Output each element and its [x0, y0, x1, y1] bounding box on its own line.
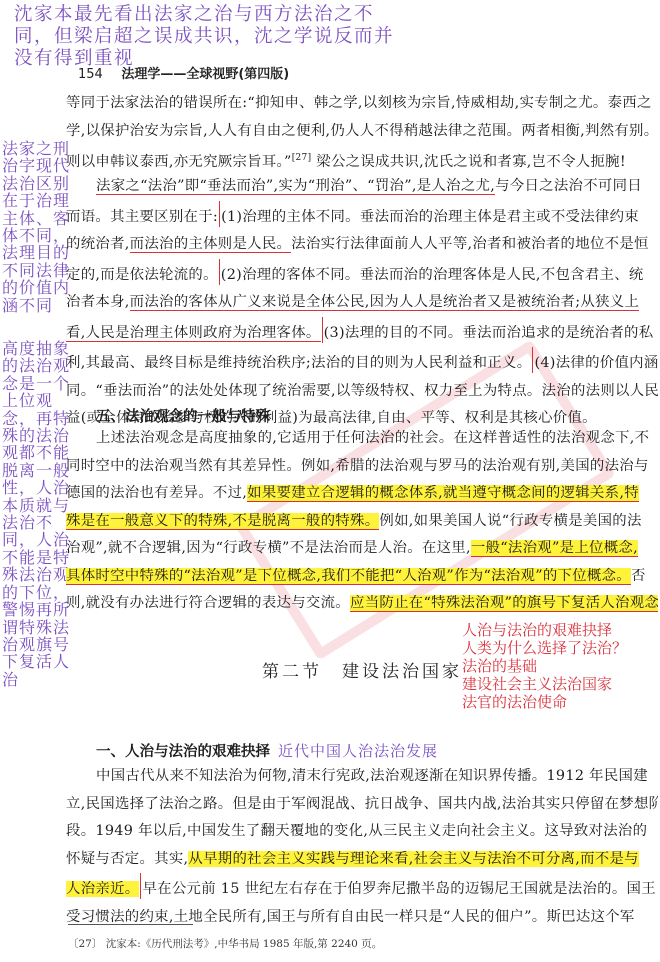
paragraph-quote: 等同于法家法治的错误所在:“抑知申、韩之学,以刻核为宗旨,恃威相劫,实专制之尤。… — [66, 90, 658, 176]
text-span: 治者本身, — [66, 294, 130, 310]
text-line: 治者本身,而法治的客体从广义来说是全体公民,因为人人是统治者又是被统治者;从狭义… — [66, 289, 658, 317]
text-line: 定的,而是依法轮流的。(2)治理的客体不同。垂法而治的治理客体是人民,不包含君主… — [66, 259, 658, 290]
red-divider-mark — [219, 259, 220, 285]
chapter-title: 第二节 建设法治国家 — [262, 657, 462, 682]
text-span: (1)治理的主体不同。垂法而治的治理主体是君主或不受法律约束 — [221, 209, 639, 225]
text-span: 早在公元前 15 世纪左右存在于伯罗奔尼撒半岛的迈锡尼王国就是法治的。国王 — [142, 881, 655, 897]
text-line: 殊是在一般意义下的特殊,不是脱离一般的特殊。例如,如果美国人说“行政专横是美国的… — [66, 508, 658, 536]
text-line: 怀疑与否定。其实,从早期的社会主义实践与理论来看,社会主义与法治不可分离,而不是… — [66, 846, 658, 874]
text-span: 德国的法治也有差异。不过, — [66, 485, 247, 501]
text-span: 而语。其主要区别在于: — [66, 209, 218, 225]
handwritten-note-top: 沈家本最先看出法家之治与西方法治之不同，但梁启超之误成共识，沈之学说反而并没有得… — [14, 4, 394, 70]
text-line: 具体时空中特殊的“法治观”是下位概念,我们不能把“人治观”作为“法治观”的下位概… — [66, 563, 658, 591]
red-divider-mark — [322, 317, 323, 343]
page-number: 154 — [78, 67, 103, 82]
highlighted-text: 殊是在一般意义下的特殊,不是脱离一般的特殊。 — [66, 513, 379, 530]
text-line: 段。1949 年以后,中国发生了翻天覆地的变化,从三民主义走向社会主义。这导致对… — [66, 818, 658, 846]
text-line: 看,人民是治理主体则政府为治理客体。(3)法理的目的不同。垂法而治追求的是统治者… — [66, 317, 658, 348]
handwritten-outline: 人治与法治的艰难抉择 人类为什么选择了法治？ 法治的基础 建设社会主义法治国家 … — [462, 621, 627, 711]
outline-item: 人类为什么选择了法治？ — [462, 639, 627, 657]
underlined-text: 而法治的主体则是人民。 — [130, 236, 292, 253]
text-line: 人治亲近。早在公元前 15 世纪左右存在于伯罗奔尼撒半岛的迈锡尼王国就是法治的。… — [66, 873, 658, 904]
text-span: 利,其最高、最终目标是维持统治秩序;法治的目的则为人民利益和正义。 — [66, 355, 531, 371]
text-span: 则以申韩议泰西,亦无究厥宗旨耳。” — [66, 154, 292, 170]
outline-item: 法官的法治使命 — [462, 693, 627, 711]
text-line: 治观”,就不合逻辑,因为“行政专横”不是法治而是人治。在这里,一般“法治观”是上… — [66, 535, 658, 563]
highlighted-text: 一般“法治观”是上位概念, — [471, 540, 638, 557]
text-line: 学,以保护治安为宗旨,人人有自由之便利,仍人人不得稍越法律之范围。两者相衡,判然… — [66, 118, 658, 146]
text-line: 同时空中的法治观当然有其差异性。例如,希腊的法治观与罗马的法治观有别,美国的法治… — [66, 453, 658, 481]
text-span: (3)法理的目的不同。垂法而治追求的是统治者的私 — [324, 325, 654, 341]
paragraph-differences: 法家之“法治”即“垂法而治”,实为“刑治”、“罚治”,是人治之尤,与今日之法治不… — [66, 173, 658, 433]
text-line: 则以申韩议泰西,亦无究厥宗旨耳。”[27] 梁公之误成共识,沈氏之说和者寡,岂不… — [66, 145, 658, 176]
running-head: 154 法理学——全球视野(第四版) — [78, 63, 289, 82]
text-span: 定的,而是依法轮流的。 — [66, 267, 218, 283]
footnote-divider — [68, 924, 193, 925]
highlighted-text: 具体时空中特殊的“法治观”是下位概念,我们不能把“人治观”作为“法治观”的下位概… — [66, 568, 631, 585]
text-span: 例如,如果美国人说“行政专横是美国的法 — [379, 513, 641, 529]
underlined-text: 看,人民是治理主体则政府为治理客体。 — [66, 325, 321, 342]
text-line: 中国古代从来不知法治为何物,清末行宪政,法治观逐渐在知识界传播。1912 年民国… — [66, 763, 658, 791]
text-span: 法治实行法律面前人人平等,治者和被治者的地位不是恒 — [291, 236, 648, 252]
paragraph-general-special: 上述法治观念是高度抽象的,它适用于任何法治的社会。在这样普适性的法治观念下,不 … — [66, 425, 658, 618]
text-span: 治观”,就不合逻辑,因为“行政专横”不是法治而是人治。在这里, — [66, 540, 471, 556]
text-line: 则,就没有办法进行符合逻辑的表达与交流。应当防止在“特殊法治观”的旗号下复活人治… — [66, 590, 658, 618]
text-span: (4)法律的价值内涵不 — [534, 355, 658, 371]
text-line: 的统治者,而法治的主体则是人民。法治实行法律面前人人平等,治者和被治者的地位不是… — [66, 231, 658, 259]
underlined-text: 法家之“法治”即“垂法而治”,实为“刑治”、“罚治”,是人治之尤, — [96, 178, 495, 195]
outline-item: 法治的基础 — [462, 657, 627, 675]
text-line: 立,民国选择了法治之路。但是由于军阀混战、抗日战争、国共内战,法治其实只停留在梦… — [66, 791, 658, 819]
handwritten-heading-note: 近代中国人治法治发展 — [278, 742, 438, 760]
footnote-ref[interactable]: [27] — [292, 153, 312, 163]
red-divider-mark — [219, 201, 220, 227]
text-span: 与今日之法治不可同日 — [495, 178, 642, 194]
text-line: 而语。其主要区别在于:(1)治理的主体不同。垂法而治的治理主体是君主或不受法律约… — [66, 201, 658, 232]
section-heading: 五、法治观念的一般与特殊 — [96, 405, 270, 426]
text-span: 的统治者, — [66, 236, 130, 252]
highlighted-text: 如果要建立合逻辑的概念体系,就当遵守概念间的逻辑关系,特 — [247, 485, 639, 502]
text-span: 则,就没有办法进行符合逻辑的表达与交流。 — [66, 595, 350, 611]
footnote: 〔27〕 沈家本:《历代刑法考》,中华书局 1985 年版,第 2240 页。 — [68, 936, 382, 951]
outline-item: 建设社会主义法治国家 — [462, 675, 627, 693]
book-title: 法理学——全球视野(第四版) — [121, 67, 289, 82]
text-line: 德国的法治也有差异。不过,如果要建立合逻辑的概念体系,就当遵守概念间的逻辑关系,… — [66, 480, 658, 508]
text-span: 怀疑与否定。其实, — [66, 851, 188, 867]
highlighted-text: 从早期的社会主义实践与理论来看,社会主义与法治不可分离,而不是与 — [188, 851, 638, 867]
text-line: 受习惯法的约束,土地全民所有,国王与所有自由民一样只是“人民的佃户”。斯巴达这个… — [66, 904, 658, 932]
text-line: 等同于法家法治的错误所在:“抑知申、韩之学,以刻核为宗旨,恃威相劫,实专制之尤。… — [66, 90, 658, 118]
paragraph-rule-of-law-history: 中国古代从来不知法治为何物,清末行宪政,法治观逐渐在知识界传播。1912 年民国… — [66, 763, 658, 931]
section-heading-text: 一、人治与法治的艰难抉择 — [96, 744, 270, 760]
text-line: 上述法治观念是高度抽象的,它适用于任何法治的社会。在这样普适性的法治观念下,不 — [66, 425, 658, 453]
section-heading: 一、人治与法治的艰难抉择近代中国人治法治发展 — [96, 740, 438, 761]
text-span: 梁公之误成共识,沈氏之说和者寡,岂不令人扼腕! — [311, 154, 626, 170]
highlighted-text: 人治亲近。 — [66, 881, 139, 897]
outline-item: 人治与法治的艰难抉择 — [462, 621, 627, 639]
text-line: 同。“垂法而治”的法处处体现了统治需要,以等级特权、权力至上为特点。法治的法则以… — [66, 378, 658, 406]
highlighted-text: 应当防止在“特殊法治观”的旗号下复活人治观念。 — [350, 595, 658, 612]
underlined-text: 而法治的客体从广义来说是全体公民,因为人人是统治者又是被统治者;从狭义上 — [130, 294, 640, 311]
text-line: 利,其最高、最终目标是维持统治秩序;法治的目的则为人民利益和正义。(4)法律的价… — [66, 347, 658, 378]
text-span: (2)治理的客体不同。垂法而治的治理客体是人民,不包含君主、统 — [221, 267, 644, 283]
text-span: 否 — [631, 568, 646, 584]
text-line: 法家之“法治”即“垂法而治”,实为“刑治”、“罚治”,是人治之尤,与今日之法治不… — [66, 173, 658, 201]
